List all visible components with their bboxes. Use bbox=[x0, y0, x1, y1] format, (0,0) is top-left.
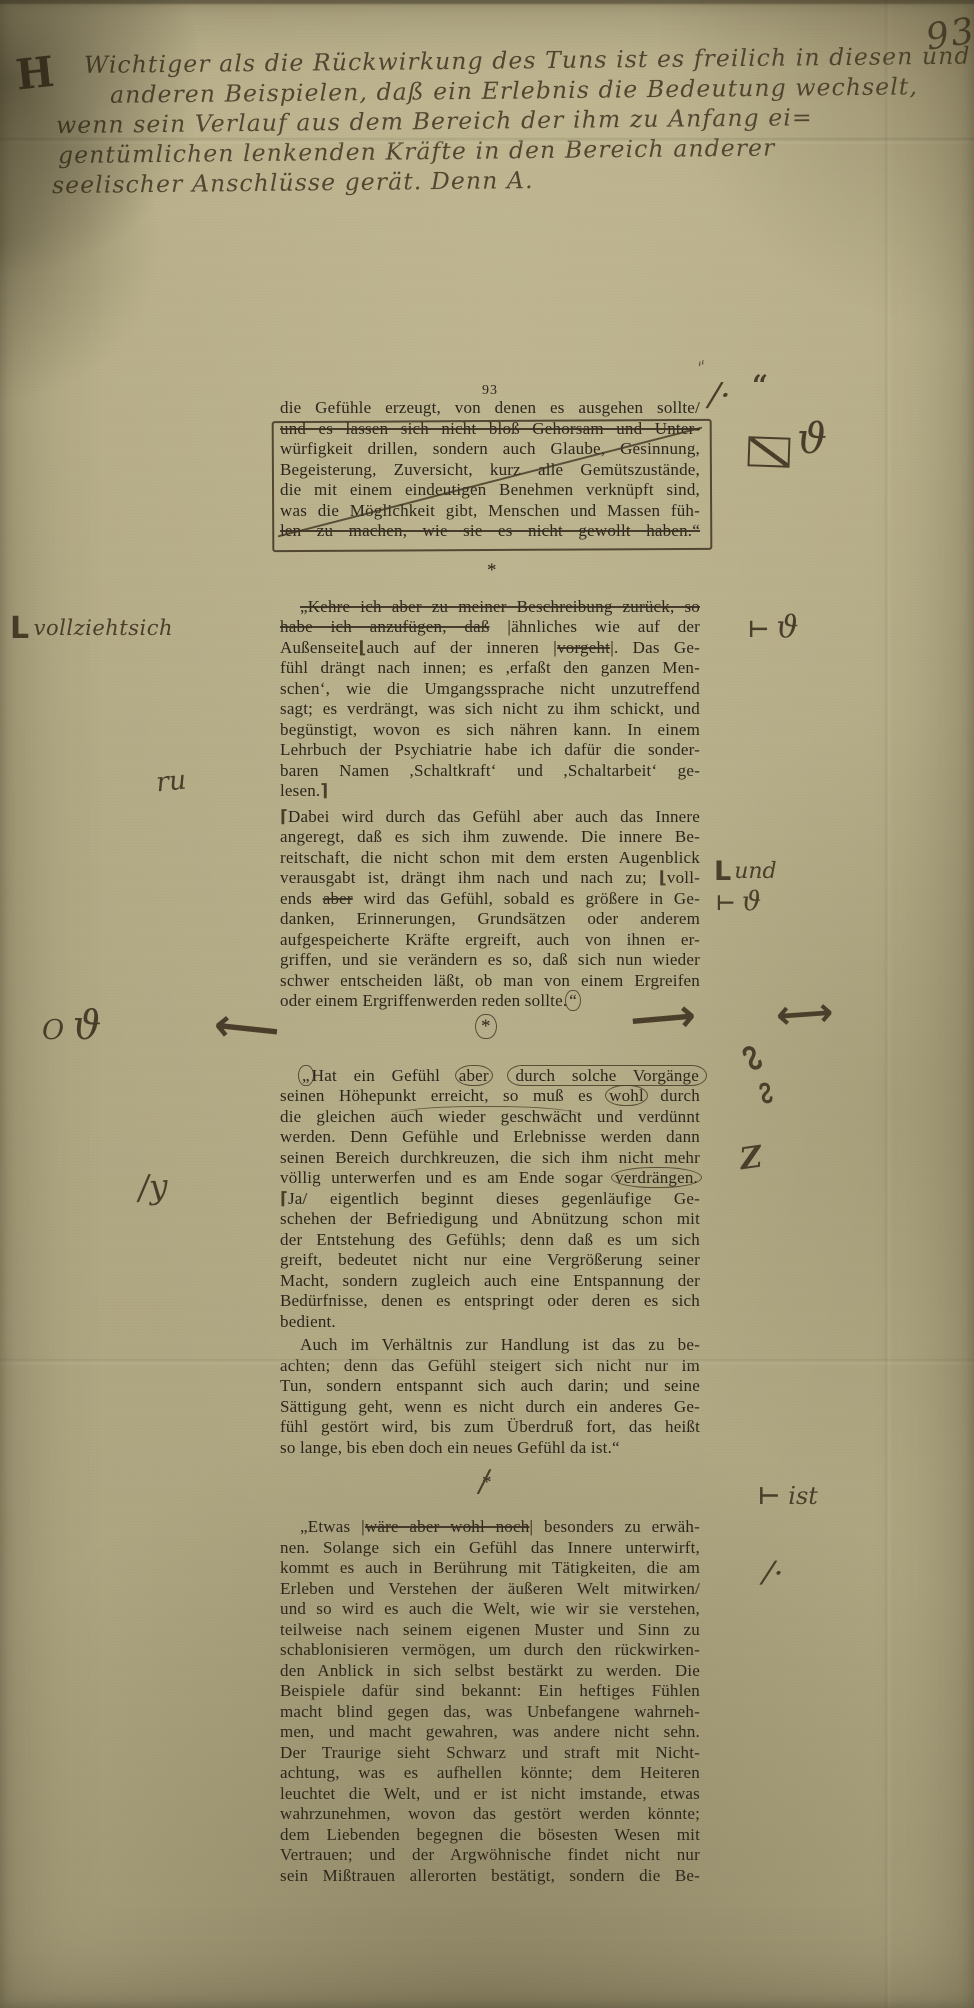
insert-mark: ⊢ bbox=[748, 617, 769, 643]
asterisk-separator: * bbox=[487, 560, 497, 582]
print-line: „Hat ein Gefühl aber durch solche Vorgän… bbox=[280, 1066, 700, 1087]
print-line: und so wird es auch die Welt, wie wir si… bbox=[280, 1599, 700, 1620]
print-text: was die Möglichkeit gibt, Menschen und M… bbox=[280, 501, 700, 520]
left-arrow-mark: ⟵ bbox=[212, 1001, 282, 1054]
double-arrow-mark: ⟷ bbox=[775, 992, 835, 1036]
margin-note-vollzieht: Lvollziehtsich bbox=[10, 614, 173, 644]
print-text: Außenseite bbox=[280, 638, 358, 657]
print-text: auch auf der inneren bbox=[366, 638, 553, 657]
print-line: so lange, bis eben doch ein neues Gefühl… bbox=[280, 1438, 700, 1459]
print-text: verausgabt ist, drängt ihm nach und nach… bbox=[280, 868, 659, 887]
print-line: ⌈Ja/ eigentlich beginnt dieses gegenläuf… bbox=[280, 1189, 700, 1210]
print-line: aufgespeicherte Kräfte ergreift, auch vo… bbox=[280, 930, 700, 951]
print-text: reitschaft, die nicht schon mit dem erst… bbox=[280, 848, 700, 867]
print-line: Macht, sondern zugleich auch eine Entspa… bbox=[280, 1271, 700, 1292]
margin-note-ist: ⊢ ist bbox=[758, 1484, 818, 1508]
right-arrow-mark: ⟶ bbox=[628, 991, 698, 1043]
print-line: greift, bedeutet nicht nur eine Vergröße… bbox=[280, 1250, 700, 1271]
print-line: seinen Bereich durchkreuzen, die sich ih… bbox=[280, 1148, 700, 1169]
annotated-text: “ bbox=[565, 990, 581, 1011]
annotated-text: vorgeht bbox=[557, 638, 610, 657]
insert-mark: ⊢ bbox=[716, 891, 735, 915]
slash-dot-mark: /· bbox=[708, 377, 732, 411]
print-text: sein Mißtrauen allerorten bestätigt, son… bbox=[280, 1866, 700, 1885]
print-text: fühl drängt nach innen; es ,erfaßt den g… bbox=[280, 658, 700, 677]
print-text: aufgespeicherte Kräfte ergreift, auch vo… bbox=[280, 930, 700, 949]
print-text: ends bbox=[280, 889, 323, 908]
annotated-text: ⌈ bbox=[280, 1189, 288, 1209]
handwritten-note: Wichtiger als die Rückwirkung des Tuns i… bbox=[84, 46, 834, 196]
print-text: macht blind gegen das, was Unbefangene w… bbox=[280, 1702, 700, 1721]
slash-dot-mark: /· bbox=[761, 1557, 784, 1590]
annotated-text: wohl bbox=[605, 1085, 648, 1106]
print-text: völlig unterwerfen und es am Ende sogar bbox=[280, 1168, 613, 1187]
margin-note-und: Lund bbox=[714, 858, 777, 885]
print-line: würfigkeit drillen, sondern auch Glaube,… bbox=[280, 439, 700, 460]
print-line: Lehrbuch der Psychiatrie habe ich dafür … bbox=[280, 740, 700, 761]
print-line: kommt es auch in Berührung mit Tätigkeit… bbox=[280, 1558, 700, 1579]
print-text: Tun, sondern entspannt sich auch darin; … bbox=[280, 1376, 700, 1395]
annotated-text: wäre aber wohl noch bbox=[365, 1517, 530, 1536]
print-line: Bedürfnisse, denen es entspringt oder de… bbox=[280, 1291, 700, 1312]
slash-mark: / bbox=[479, 1464, 489, 1499]
printed-text-column: die Gefühle erzeugt, von denen es ausgeh… bbox=[280, 398, 700, 1886]
insert-bracket: L bbox=[714, 856, 731, 887]
print-line: schwer entscheiden läßt, ob man von eine… bbox=[280, 971, 700, 992]
print-line: ends aber wird das Gefühl, sobald es grö… bbox=[280, 889, 700, 910]
asterisk: * bbox=[475, 1014, 497, 1039]
print-line: sein Mißtrauen allerorten bestätigt, son… bbox=[280, 1866, 700, 1887]
print-line: die mit einem eindeutigen Benehmen verkn… bbox=[280, 480, 700, 501]
print-text: Bedürfnisse, denen es entspringt oder de… bbox=[280, 1291, 700, 1310]
insertion-mark: H bbox=[14, 47, 57, 100]
annotated-text: „Kehre ich aber zu meiner Beschreibung z… bbox=[300, 597, 700, 616]
annotated-text: aber bbox=[455, 1065, 493, 1086]
print-text: oder einem Ergriffenwerden reden sollte. bbox=[280, 991, 567, 1010]
annotated-text: ⌈ bbox=[280, 807, 288, 827]
margin-note-text: vollziehtsich bbox=[34, 616, 173, 640]
insert-deleatur-mark: ⊢ ϑ bbox=[716, 888, 761, 915]
print-text: greift, bedeutet nicht nur eine Vergröße… bbox=[280, 1250, 700, 1269]
print-line: teilweise nach seinem eigenen Muster und… bbox=[280, 1620, 700, 1641]
print-line: Der Traurige sieht Schwarz und straft mi… bbox=[280, 1743, 700, 1764]
paragraph-handlung: Auch im Verhältnis zur Handlung ist das … bbox=[280, 1335, 700, 1458]
annotated-text: auch wieder geschwächt bbox=[390, 1106, 582, 1126]
paragraph-gefuehle: die Gefühle erzeugt, von denen es ausgeh… bbox=[280, 398, 700, 542]
margin-squiggle-ru: ru bbox=[155, 766, 188, 796]
print-line: Tun, sondern entspannt sich auch darin; … bbox=[280, 1376, 700, 1397]
print-text: und verdünnt bbox=[582, 1107, 700, 1126]
deleatur-mark: ϑ bbox=[776, 609, 798, 645]
print-line: achtung, was es aufhellen könnte; dem He… bbox=[280, 1763, 700, 1784]
annotated-text: durch solche Vorgänge bbox=[507, 1065, 707, 1086]
print-text: so lange, bis eben doch ein neues Gefühl… bbox=[280, 1438, 620, 1457]
printed-page-number: 93 bbox=[280, 383, 700, 399]
print-text bbox=[491, 1066, 508, 1085]
print-text: dem Liebenden begegnen die bösesten Wese… bbox=[280, 1825, 700, 1844]
print-line: den Anblick in sich selbst bestärkt zu w… bbox=[280, 1661, 700, 1682]
print-line: Sättigung geht, wenn es nicht durch ein … bbox=[280, 1397, 700, 1418]
print-text: „Etwas bbox=[300, 1517, 361, 1536]
print-line: was die Möglichkeit gibt, Menschen und M… bbox=[280, 501, 700, 522]
print-text: durch bbox=[646, 1086, 700, 1105]
print-line: die gleichen auch wieder geschwächt und … bbox=[280, 1107, 700, 1128]
print-line: ⌈Dabei wird durch das Gefühl aber auch d… bbox=[280, 807, 700, 828]
margin-note-text: und bbox=[734, 859, 776, 884]
print-text: schwer entscheiden läßt, ob man von eine… bbox=[280, 971, 700, 990]
print-line: leuchtet die Welt, und er ist nicht imst… bbox=[280, 1784, 700, 1805]
print-line: „Etwas |wäre aber wohl noch| besonders z… bbox=[280, 1517, 700, 1538]
annotated-text: / bbox=[695, 398, 700, 417]
margin-squiggle: ∾ bbox=[748, 1078, 783, 1109]
print-line: schen‘, wie die Umgangssprache nicht unz… bbox=[280, 679, 700, 700]
print-text: würfigkeit drillen, sondern auch Glaube,… bbox=[280, 439, 700, 458]
print-line: Außenseite⌊auch auf der inneren |vorgeht… bbox=[280, 638, 700, 659]
print-line: Auch im Verhältnis zur Handlung ist das … bbox=[280, 1335, 700, 1356]
print-line: griffen, und sie verändern es so, daß si… bbox=[280, 950, 700, 971]
print-line: Begeisterung, Zuversicht, kurz alle Gemü… bbox=[280, 460, 700, 481]
print-line: schehen der Befriedigung und Abnützung s… bbox=[280, 1209, 700, 1230]
print-line: bedient. bbox=[280, 1312, 700, 1333]
print-text: Vertrauen; und der Argwöhnische findet n… bbox=[280, 1845, 700, 1864]
annotated-text: und es lassen sich nicht bloß Gehorsam u… bbox=[280, 419, 700, 438]
circle-mark: O bbox=[42, 1015, 64, 1046]
slashed-asterisk-separator: */ bbox=[482, 1472, 492, 1494]
print-line: „Kehre ich aber zu meiner Beschreibung z… bbox=[280, 597, 700, 618]
deletion-box-mark bbox=[747, 436, 790, 467]
print-line: nen. Solange sich ein Gefühl das Innere … bbox=[280, 1538, 700, 1559]
print-text: fühl gestört wird, bis zum Überdruß fort… bbox=[280, 1417, 700, 1436]
margin-squiggle: ∾ bbox=[729, 1036, 775, 1080]
print-text: Dabei wird durch das Gefühl aber auch da… bbox=[288, 807, 700, 826]
print-text: Lehrbuch der Psychiatrie habe ich dafür … bbox=[280, 740, 700, 759]
print-line: begünstigt, wovon es sich nähren kann. I… bbox=[280, 720, 700, 741]
insert-bracket: L bbox=[10, 611, 30, 646]
deleatur-mark: ϑ bbox=[73, 1003, 102, 1049]
print-line: dem Liebenden begegnen die bösesten Wese… bbox=[280, 1825, 700, 1846]
circle-deleatur-mark: O ϑ bbox=[42, 1006, 101, 1046]
print-text: lesen. bbox=[280, 781, 320, 800]
print-text: ähnliches wie auf der bbox=[511, 617, 700, 636]
print-line: baren Namen ,Schaltkraft‘ und ,Schaltarb… bbox=[280, 761, 700, 782]
print-text: die Gefühle erzeugt, von denen es ausgeh… bbox=[280, 398, 695, 417]
annotated-text: len zu machen, wie sie es nicht gewollt … bbox=[280, 521, 700, 540]
print-text: Begeisterung, Zuversicht, kurz alle Gemü… bbox=[280, 460, 700, 479]
print-text: schen‘, wie die Umgangssprache nicht unz… bbox=[280, 679, 700, 698]
circled-asterisk-separator: * bbox=[477, 1016, 495, 1038]
print-line: völlig unterwerfen und es am Ende sogar … bbox=[280, 1168, 700, 1189]
print-text: Auch im Verhältnis zur Handlung ist das … bbox=[300, 1335, 700, 1354]
tick-mark: “ bbox=[696, 359, 711, 378]
print-text: eigentlich beginnt dieses gegenläufige G… bbox=[307, 1189, 700, 1208]
print-text: die mit einem eindeutigen Benehmen verkn… bbox=[280, 480, 700, 499]
print-text: schehen der Befriedigung und Abnützung s… bbox=[280, 1209, 700, 1228]
print-text: men, und macht gewahren, was andere nich… bbox=[280, 1722, 700, 1741]
print-line: fühl drängt nach innen; es ,erfaßt den g… bbox=[280, 658, 700, 679]
print-text: angeregt, daß es sich ihm zuwende. Die i… bbox=[280, 827, 700, 846]
annotated-text: / bbox=[695, 1579, 700, 1598]
print-text: begünstigt, wovon es sich nähren kann. I… bbox=[280, 720, 700, 739]
print-line: habe ich anzufügen, daß |ähnliches wie a… bbox=[280, 617, 700, 638]
insert-mark: ⊢ bbox=[758, 1482, 788, 1510]
margin-slash-y-mark: /y bbox=[137, 1169, 169, 1204]
print-line: reitschaft, die nicht schon mit dem erst… bbox=[280, 848, 700, 869]
print-line: schablonisieren vermögen, um durch den r… bbox=[280, 1640, 700, 1661]
manuscript-page: H 93 Wichtiger als die Rückwirkung des T… bbox=[0, 0, 974, 2008]
print-line: wahrzunehmen, wovon das gestört werden k… bbox=[280, 1804, 700, 1825]
print-line: lesen.⌉ bbox=[280, 781, 700, 802]
print-text: nen. Solange sich ein Gefühl das Innere … bbox=[280, 1538, 700, 1557]
print-text: Erleben und Verstehen der äußeren Welt m… bbox=[280, 1579, 695, 1598]
deleatur-mark: ϑ bbox=[797, 418, 827, 460]
print-text: bedient. bbox=[280, 1312, 336, 1331]
print-text: . Das Ge- bbox=[614, 638, 700, 657]
print-text: schablonisieren vermögen, um durch den r… bbox=[280, 1640, 700, 1659]
print-line: der Entstehung des Gefühls; denn daß es … bbox=[280, 1230, 700, 1251]
paragraph-hat-ein-gefuehl: „Hat ein Gefühl aber durch solche Vorgän… bbox=[280, 1066, 700, 1333]
print-text: griffen, und sie verändern es so, daß si… bbox=[280, 950, 700, 969]
print-text: Ja bbox=[288, 1189, 303, 1208]
paragraph-dabei: ⌈Dabei wird durch das Gefühl aber auch d… bbox=[280, 807, 700, 1012]
print-line: seinen Höhepunkt erreicht, so muß es woh… bbox=[280, 1086, 700, 1107]
print-text: Der Traurige sieht Schwarz und straft mi… bbox=[280, 1743, 700, 1762]
print-line: und es lassen sich nicht bloß Gehorsam u… bbox=[280, 419, 700, 440]
print-line: achten; denn das Gefühl steigert sich ni… bbox=[280, 1356, 700, 1377]
print-text: danken, Erinnerungen, Grundsätzen oder a… bbox=[280, 909, 700, 928]
quote-mark: “ bbox=[752, 372, 768, 400]
print-text bbox=[490, 617, 508, 636]
print-text: Hat ein Gefühl bbox=[312, 1066, 457, 1085]
print-text: voll- bbox=[667, 868, 700, 887]
annotated-text: ⌊ bbox=[659, 868, 667, 888]
print-text: die gleichen bbox=[280, 1107, 390, 1126]
print-line: len zu machen, wie sie es nicht gewollt … bbox=[280, 521, 700, 542]
print-line: sagt; es verdrängt, was sich nicht zu ih… bbox=[280, 699, 700, 720]
annotated-text: verdrängen. bbox=[611, 1167, 702, 1188]
print-text: sagt; es verdrängt, was sich nicht zu ih… bbox=[280, 699, 700, 718]
print-line: Erleben und Verstehen der äußeren Welt m… bbox=[280, 1579, 700, 1600]
print-text: achten; denn das Gefühl steigert sich ni… bbox=[280, 1356, 700, 1375]
print-text: achtung, was es aufhellen könnte; dem He… bbox=[280, 1763, 700, 1782]
print-text: leuchtet die Welt, und er ist nicht imst… bbox=[280, 1784, 700, 1803]
paragraph-etwas: „Etwas |wäre aber wohl noch| besonders z… bbox=[280, 1517, 700, 1886]
insert-deleatur-mark: ⊢ ϑ bbox=[748, 612, 799, 643]
print-line: verausgabt ist, drängt ihm nach und nach… bbox=[280, 868, 700, 889]
margin-note-text: ist bbox=[788, 1482, 818, 1510]
print-line: Vertrauen; und der Argwöhnische findet n… bbox=[280, 1845, 700, 1866]
print-text: Macht, sondern zugleich auch eine Entspa… bbox=[280, 1271, 700, 1290]
deleatur-mark: ϑ bbox=[742, 886, 761, 917]
print-text: Beispiele dafür sind bekannt: Ein heftig… bbox=[280, 1681, 700, 1700]
print-text: baren Namen ,Schaltkraft‘ und ,Schaltarb… bbox=[280, 761, 700, 780]
print-line: men, und macht gewahren, was andere nich… bbox=[280, 1722, 700, 1743]
print-text: seinen Höhepunkt erreicht, so muß es bbox=[280, 1086, 607, 1105]
print-line: macht blind gegen das, was Unbefangene w… bbox=[280, 1702, 700, 1723]
print-text: der Entstehung des Gefühls; denn daß es … bbox=[280, 1230, 700, 1249]
print-line: angeregt, daß es sich ihm zuwende. Die i… bbox=[280, 827, 700, 848]
print-text: wird das Gefühl, sobald es größere in Ge… bbox=[353, 889, 700, 908]
margin-z-mark: Z bbox=[738, 1143, 764, 1176]
print-line: werden. Denn Gefühle und Erlebnisse werd… bbox=[280, 1127, 700, 1148]
print-text: teilweise nach seinem eigenen Muster und… bbox=[280, 1620, 700, 1639]
print-line: fühl gestört wird, bis zum Überdruß fort… bbox=[280, 1417, 700, 1438]
paragraph-kehre: „Kehre ich aber zu meiner Beschreibung z… bbox=[280, 597, 700, 802]
annotated-text: ⌉ bbox=[320, 781, 328, 801]
annotated-text: aber bbox=[323, 889, 353, 908]
print-text: kommt es auch in Berührung mit Tätigkeit… bbox=[280, 1558, 700, 1577]
print-text: den Anblick in sich selbst bestärkt zu w… bbox=[280, 1661, 700, 1680]
annotated-text: habe ich anzufügen, daß bbox=[280, 617, 490, 636]
print-text: besonders zu erwäh- bbox=[533, 1517, 700, 1536]
print-line: Beispiele dafür sind bekannt: Ein heftig… bbox=[280, 1681, 700, 1702]
print-line: danken, Erinnerungen, Grundsätzen oder a… bbox=[280, 909, 700, 930]
print-text: werden. Denn Gefühle und Erlebnisse werd… bbox=[280, 1127, 700, 1146]
print-text: seinen Bereich durchkreuzen, die sich ih… bbox=[280, 1148, 700, 1167]
print-text: und so wird es auch die Welt, wie wir si… bbox=[280, 1599, 700, 1618]
print-text: wahrzunehmen, wovon das gestört werden k… bbox=[280, 1804, 700, 1823]
print-text: Sättigung geht, wenn es nicht durch ein … bbox=[280, 1397, 700, 1416]
print-line: die Gefühle erzeugt, von denen es ausgeh… bbox=[280, 398, 700, 419]
